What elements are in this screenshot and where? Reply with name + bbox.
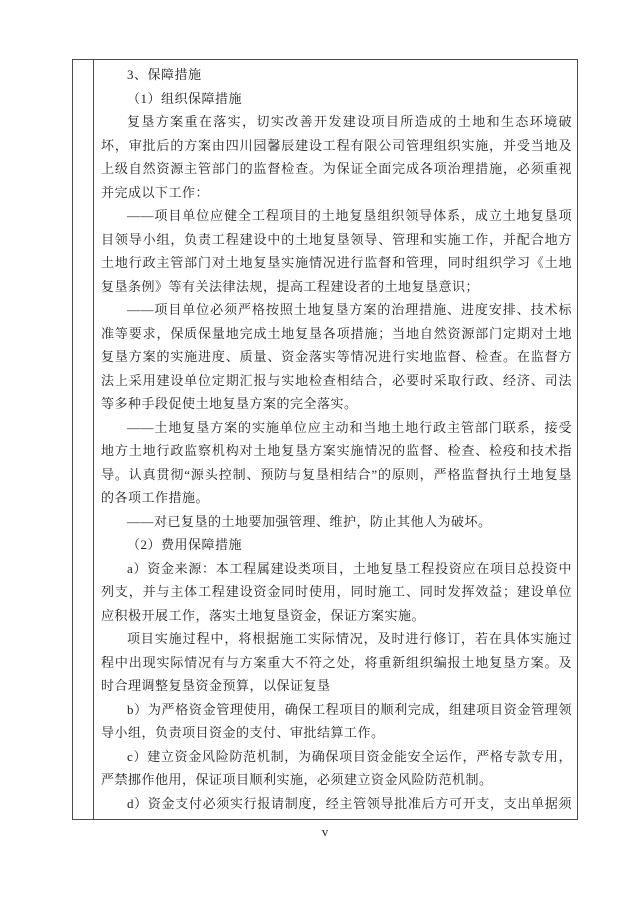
paragraph: a）资金来源：本工程属建设类项目，土地复垦工程投资应在项目总投资中列支，并与主体… xyxy=(101,557,572,628)
table-left-gutter-cell xyxy=(73,60,94,819)
document-page: 3、保障措施 （1）组织保障措施 复垦方案重在落实，切实改善开发建设项目所造成的… xyxy=(0,0,634,897)
table-body-cell: 3、保障措施 （1）组织保障措施 复垦方案重在落实，切实改善开发建设项目所造成的… xyxy=(94,60,577,819)
paragraph: ——土地复垦方案的实施单位应主动和当地土地行政主管部门联系，接受地方土地行政监察… xyxy=(101,416,572,510)
paragraph: c）建立资金风险防范机制，为确保项目资金能安全运作，严格专款专用，严禁挪作他用，… xyxy=(101,745,572,792)
paragraph: 项目实施过程中，将根据施工实际情况，及时进行修订，若在具体实施过程中出现实际情况… xyxy=(101,627,572,698)
paragraph: （2）费用保障措施 xyxy=(101,533,572,557)
content-table: 3、保障措施 （1）组织保障措施 复垦方案重在落实，切实改善开发建设项目所造成的… xyxy=(72,59,578,820)
page-number: v xyxy=(72,824,578,840)
paragraph: （1）组织保障措施 xyxy=(101,87,572,111)
paragraph: d）资金支付必须实行报请制度，经主管领导批准后方可开支，支出单据须经办人签字认可… xyxy=(101,792,572,820)
paragraph: ——对已复垦的土地要加强管理、维护，防止其他人为破坏。 xyxy=(101,510,572,534)
paragraph: b）为严格资金管理使用，确保工程项目的顺利完成，组建项目资金管理领导小组，负责项… xyxy=(101,698,572,745)
paragraph: 复垦方案重在落实，切实改善开发建设项目所造成的土地和生态环境破坏，审批后的方案由… xyxy=(101,110,572,204)
paragraph: ——项目单位应健全工程项目的土地复垦组织领导体系，成立土地复垦项目领导小组，负责… xyxy=(101,204,572,298)
paragraph: 3、保障措施 xyxy=(101,63,572,87)
paragraph: ——项目单位必须严格按照土地复垦方案的治理措施、进度安排、技术标准等要求，保质保… xyxy=(101,298,572,416)
